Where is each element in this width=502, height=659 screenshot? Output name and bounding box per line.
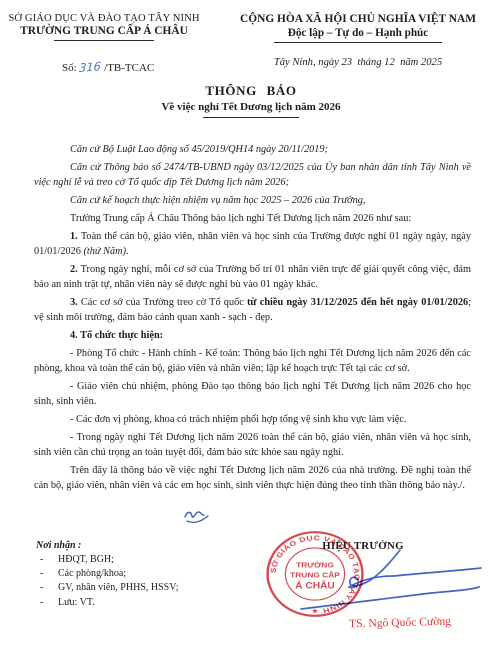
recipient-item: HĐQT, BGH;: [36, 553, 178, 567]
document-page: SỞ GIÁO DỤC VÀ ĐÀO TẠO TÂY NINH TRƯỜNG T…: [0, 0, 502, 659]
national-header: CỘNG HÒA XÃ HỘI CHỦ NGHĨA VIỆT NAM Độc l…: [240, 13, 476, 43]
recipients-block: Nơi nhận : HĐQT, BGH;Các phòng/khoa;GV, …: [36, 540, 178, 610]
paragraph-8: 4. Tổ chức thực hiện:: [34, 328, 471, 343]
paragraph-2: Căn cứ Thông báo số 2474/TB-UBND ngày 03…: [34, 160, 471, 190]
recipient-item: Lưu: VT.: [36, 596, 178, 610]
paragraph-segment: Căn cứ kế hoạch thực hiện nhiệm vụ năm h…: [70, 195, 365, 206]
paragraph-10: - Giáo viên chủ nhiệm, phòng Đào tạo thô…: [34, 379, 471, 409]
paragraph-segment: 4. Tổ chức thực hiện:: [70, 330, 163, 341]
paragraph-segment: 3.: [70, 297, 81, 308]
paragraph-segment: Căn cứ Bộ Luật Lao động số 45/2019/QH14 …: [70, 144, 328, 155]
paragraph-4: Trường Trung cấp Á Châu Thông báo lịch n…: [34, 211, 471, 226]
paragraph-segment: - Giáo viên chủ nhiệm, phòng Đào tạo thô…: [34, 381, 471, 407]
number-label: Số:: [62, 62, 79, 74]
national-motto-line2: Độc lập – Tự do – Hạnh phúc: [240, 27, 476, 39]
paragraph-segment: (thứ Năm): [83, 246, 126, 257]
paragraph-5: 1. Toàn thể cán bộ, giáo viên, nhân viên…: [34, 229, 471, 259]
document-title: THÔNG BÁO: [0, 83, 502, 99]
issuer-school: TRƯỜNG TRUNG CẤP Á CHÂU: [8, 25, 200, 37]
paragraph-1: Căn cứ Bộ Luật Lao động số 45/2019/QH14 …: [34, 142, 471, 157]
issuer-block: SỞ GIÁO DỤC VÀ ĐÀO TẠO TÂY NINH TRƯỜNG T…: [8, 13, 200, 41]
recipients-list: HĐQT, BGH;Các phòng/khoa;GV, nhân viên, …: [36, 553, 178, 610]
pen-mark-ink: [183, 504, 211, 526]
document-subtitle: Về việc nghỉ Tết Dương lịch năm 2026: [0, 101, 502, 113]
document-body: Căn cứ Bộ Luật Lao động số 45/2019/QH14 …: [34, 142, 471, 496]
paragraph-11: - Các đơn vị phòng, khoa có trách nhiệm …: [34, 412, 471, 427]
recipient-item: GV, nhân viên, PHHS, HSSV;: [36, 581, 178, 595]
paragraph-segment: Trong ngày nghỉ, mỗi cơ sở của Trường bố…: [34, 264, 471, 290]
paragraph-13: Trên đây là thông báo về việc nghỉ Tết D…: [34, 463, 471, 493]
paragraph-segment: - Các đơn vị phòng, khoa có trách nhiệm …: [70, 414, 406, 425]
paragraph-segment: - Trong ngày nghỉ Tết Dương lịch năm 202…: [34, 432, 471, 458]
title-block: THÔNG BÁO Về việc nghỉ Tết Dương lịch nă…: [0, 83, 502, 118]
national-motto-line1: CỘNG HÒA XÃ HỘI CHỦ NGHĨA VIỆT NAM: [240, 13, 476, 25]
paragraph-segment: - Phòng Tổ chức - Hành chính - Kế toán: …: [34, 348, 471, 374]
paragraph-segment: .: [126, 246, 129, 257]
place-date-line: Tây Ninh, ngày 23 tháng 12 năm 2025: [240, 57, 476, 68]
document-number: Số: 316 /TB-TCAC: [62, 60, 154, 74]
paragraph-segment: Căn cứ Thông báo số 2474/TB-UBND ngày 03…: [34, 162, 471, 188]
paragraph-segment: 2.: [70, 264, 81, 275]
paragraph-12: - Trong ngày nghỉ Tết Dương lịch năm 202…: [34, 430, 471, 460]
issuer-department: SỞ GIÁO DỤC VÀ ĐÀO TẠO TÂY NINH: [8, 13, 200, 24]
paragraph-3: Căn cứ kế hoạch thực hiện nhiệm vụ năm h…: [34, 193, 471, 208]
paragraph-segment: từ chiều ngày 31/12/2025 đến hết ngày 01…: [247, 297, 468, 308]
paragraph-9: - Phòng Tổ chức - Hành chính - Kế toán: …: [34, 346, 471, 376]
recipients-label: Nơi nhận :: [36, 540, 178, 551]
title-underline: [203, 117, 299, 118]
paragraph-segment: Các cơ sở của Trường treo cờ Tổ quốc: [81, 297, 247, 308]
paragraph-segment: Trên đây là thông báo về việc nghỉ Tết D…: [34, 465, 471, 491]
number-suffix: /TB-TCAC: [101, 62, 154, 74]
issuer-underline: [54, 40, 154, 41]
handwritten-number: 316: [79, 59, 102, 75]
paragraph-segment: Trường Trung cấp Á Châu Thông báo lịch n…: [70, 213, 411, 224]
recipient-item: Các phòng/khoa;: [36, 567, 178, 581]
paragraph-7: 3. Các cơ sở của Trường treo cờ Tổ quốc …: [34, 295, 471, 325]
paragraph-segment: 1.: [70, 231, 81, 242]
paragraph-6: 2. Trong ngày nghỉ, mỗi cơ sở của Trường…: [34, 262, 471, 292]
signature-ink: [293, 543, 488, 623]
motto-underline: [274, 42, 442, 43]
